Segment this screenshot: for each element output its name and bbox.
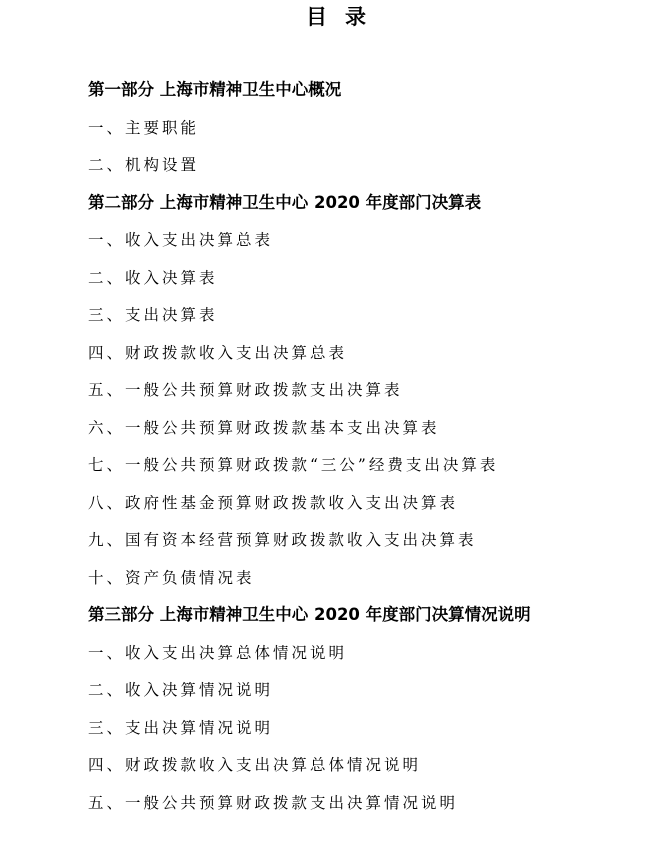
toc-entry[interactable]: 一、主要职能: [88, 113, 531, 151]
toc-entry[interactable]: 九、国有资本经营预算财政拨款收入支出决算表: [88, 525, 531, 563]
toc-part-heading[interactable]: 第二部分 上海市精神卫生中心 2020 年度部门决算表: [88, 188, 531, 226]
toc-entry[interactable]: 八、政府性基金预算财政拨款收入支出决算表: [88, 488, 531, 526]
toc-entry[interactable]: 二、机构设置: [88, 150, 531, 188]
toc-entry[interactable]: 二、收入决算情况说明: [88, 675, 531, 713]
toc-entry[interactable]: 三、支出决算情况说明: [88, 713, 531, 751]
toc-entry[interactable]: 四、财政拨款收入支出决算总体情况说明: [88, 750, 531, 788]
page-title: 目录: [0, 2, 672, 32]
toc-entry[interactable]: 十、资产负债情况表: [88, 563, 531, 601]
table-of-contents: 第一部分 上海市精神卫生中心概况 一、主要职能 二、机构设置 第二部分 上海市精…: [88, 75, 531, 825]
toc-entry[interactable]: 五、一般公共预算财政拨款支出决算表: [88, 375, 531, 413]
toc-entry[interactable]: 三、支出决算表: [88, 300, 531, 338]
toc-entry[interactable]: 六、一般公共预算财政拨款基本支出决算表: [88, 413, 531, 451]
toc-part-heading[interactable]: 第三部分 上海市精神卫生中心 2020 年度部门决算情况说明: [88, 600, 531, 638]
toc-entry[interactable]: 七、一般公共预算财政拨款“三公”经费支出决算表: [88, 450, 531, 488]
toc-entry[interactable]: 四、财政拨款收入支出决算总表: [88, 338, 531, 376]
toc-entry[interactable]: 五、一般公共预算财政拨款支出决算情况说明: [88, 788, 531, 826]
toc-entry[interactable]: 二、收入决算表: [88, 263, 531, 301]
toc-entry[interactable]: 一、收入支出决算总体情况说明: [88, 638, 531, 676]
toc-entry[interactable]: 一、收入支出决算总表: [88, 225, 531, 263]
toc-part-heading[interactable]: 第一部分 上海市精神卫生中心概况: [88, 75, 531, 113]
